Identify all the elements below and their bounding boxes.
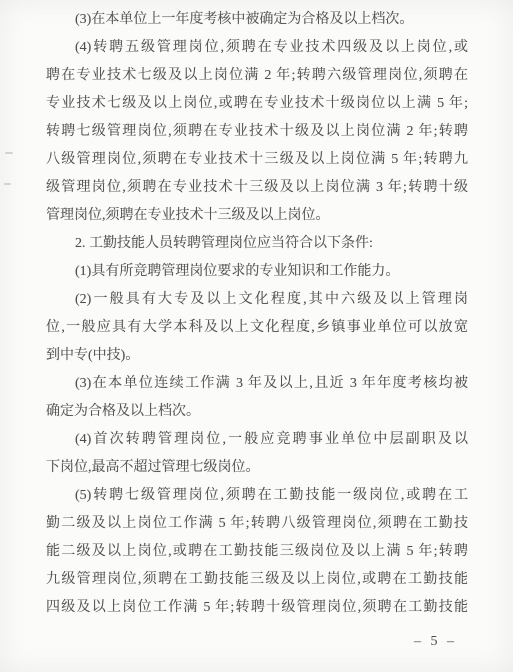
text-line: 下岗位,最高不超过管理七级岗位。: [46, 454, 468, 482]
text-line: 到中专(中技)。: [46, 342, 468, 370]
text-line: 2. 工勤技能人员转聘管理岗位应当符合以下条件:: [46, 230, 468, 258]
text-line: (3)在本单位连续工作满 3 年及以上,且近 3 年年度考核均被: [46, 370, 468, 398]
text-line: (4)转聘五级管理岗位,须聘在专业技术四级及以上岗位,或: [46, 34, 468, 62]
text-line: (3)在本单位上一年度考核中被确定为合格及以上档次。: [46, 6, 468, 34]
text-line: 聘在专业技术七级及以上岗位满 2 年;转聘六级管理岗位,须聘在: [46, 62, 468, 90]
page-number: – 5 –: [414, 634, 457, 650]
text-line: 管理岗位,须聘在专业技术十三级及以上岗位。: [46, 202, 468, 230]
text-line: 转聘七级管理岗位,须聘在专业技术十级及以上岗位满 2 年;转聘: [46, 118, 468, 146]
text-line: 级管理岗位,须聘在专业技术十三级及以上岗位满 3 年;转聘十级: [46, 174, 468, 202]
document-page: (3)在本单位上一年度考核中被确定为合格及以上档次。 (4)转聘五级管理岗位,须…: [0, 0, 513, 672]
text-line: 专业技术七级及以上岗位,或聘在专业技术十级岗位以上满 5 年;: [46, 90, 468, 118]
text-line: 位,一般应具有大学本科及以上文化程度,乡镇事业单位可以放宽: [46, 314, 468, 342]
text-line: 确定为合格及以上档次。: [46, 398, 468, 426]
text-line: 能二级及以上岗位,或聘在工勤技能三级岗位及以上满 5 年;转聘: [46, 538, 468, 566]
text-line: (4)首次转聘管理岗位,一般应竞聘事业单位中层副职及以: [46, 426, 468, 454]
text-line: (2)一般具有大专及以上文化程度,其中六级及以上管理岗: [46, 286, 468, 314]
text-line: 勤二级及以上岗位工作满 5 年;转聘八级管理岗位,须聘在工勤技: [46, 510, 468, 538]
scan-artifact-mark: [5, 152, 13, 154]
text-line: 四级及以上岗位工作满 5 年;转聘十级管理岗位,须聘在工勤技能: [46, 594, 468, 622]
text-block: (3)在本单位上一年度考核中被确定为合格及以上档次。 (4)转聘五级管理岗位,须…: [46, 6, 468, 622]
scan-artifact-mark: [4, 183, 11, 185]
text-line: 八级管理岗位,须聘在专业技术十三级及以上岗位满 5 年;转聘九: [46, 146, 468, 174]
text-line: (1)具有所竞聘管理岗位要求的专业知识和工作能力。: [46, 258, 468, 286]
text-line: 九级管理岗位,须聘在工勤技能三级及以上岗位,或聘在工勤技能: [46, 566, 468, 594]
text-line: (5)转聘七级管理岗位,须聘在工勤技能一级岗位,或聘在工: [46, 482, 468, 510]
